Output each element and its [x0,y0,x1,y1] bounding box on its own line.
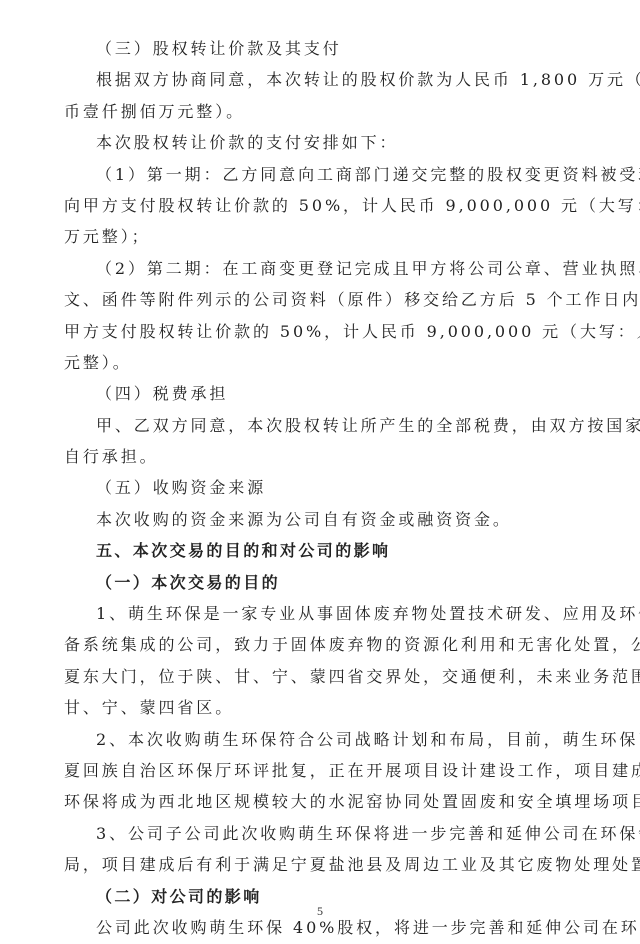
page-number: 5 [0,904,640,919]
document-page: （三）股权转让价款及其支付 根据双方协商同意，本次转让的股权价款为人民币 1,8… [64,33,582,943]
paragraph-line: 甲方支付股权转让价款的 50%，计人民币 9,000,000 元（大写：人民币玖… [64,316,582,347]
section-heading-tax: （四）税费承担 [64,378,582,409]
paragraph-line: 元整）。 [64,347,582,378]
chapter-heading-purpose-impact: 五、本次交易的目的和对公司的影响 [64,535,582,566]
paragraph-line: 万元整）； [64,221,582,252]
paragraph-line: （1）第一期：乙方同意向工商部门递交完整的股权变更资料被受理的当日 [64,159,582,190]
paragraph-line: 自行承担。 [64,441,582,472]
paragraph-line: 甲、乙双方同意，本次股权转让所产生的全部税费，由双方按国家有关规定 [64,410,582,441]
paragraph-line: 3、公司子公司此次收购萌生环保将进一步完善和延伸公司在环保领域的布 [64,818,582,849]
paragraph-line: 向甲方支付股权转让价款的 50%，计人民币 9,000,000 元（大写：人民币… [64,190,582,221]
paragraph-line: 夏东大门，位于陕、甘、宁、蒙四省交界处，交通便利，未来业务范围覆盖陕、 [64,661,582,692]
paragraph-line: 本次收购的资金来源为公司自有资金或融资资金。 [64,504,582,535]
paragraph-line: 根据双方协商同意，本次转让的股权价款为人民币 1,800 万元（大写：人民 [64,64,582,95]
paragraph-line: 环保将成为西北地区规模较大的水泥窑协同处置固废和安全填埋场项目。 [64,786,582,817]
paragraph-line: 币壹仟捌佰万元整）。 [64,96,582,127]
section-heading-funding: （五）收购资金来源 [64,472,582,503]
section-heading-transfer-price: （三）股权转让价款及其支付 [64,33,582,64]
paragraph-line: 1、萌生环保是一家专业从事固体废弃物处置技术研发、应用及环保技术装 [64,598,582,629]
paragraph-line: 夏回族自治区环保厅环评批复，正在开展项目设计建设工作，项目建成后，萌生 [64,755,582,786]
section-heading-purpose: （一）本次交易的目的 [64,567,582,598]
paragraph-line: 文、函件等附件列示的公司资料（原件）移交给乙方后 5 个工作日内，乙方向 [64,284,582,315]
paragraph-line: 备系统集成的公司，致力于固体废弃物的资源化利用和无害化处置，公司地处宁 [64,629,582,660]
paragraph-line: 甘、宁、蒙四省区。 [64,692,582,723]
paragraph-line: 局，项目建成后有利于满足宁夏盐池县及周边工业及其它废物处理处置的需求。 [64,849,582,880]
paragraph-line: 2、本次收购萌生环保符合公司战略计划和布局，目前，萌生环保已取得宁 [64,724,582,755]
paragraph-line: 本次股权转让价款的支付安排如下： [64,127,582,158]
paragraph-line: （2）第二期：在工商变更登记完成且甲方将公司公章、营业执照、政府批 [64,253,582,284]
